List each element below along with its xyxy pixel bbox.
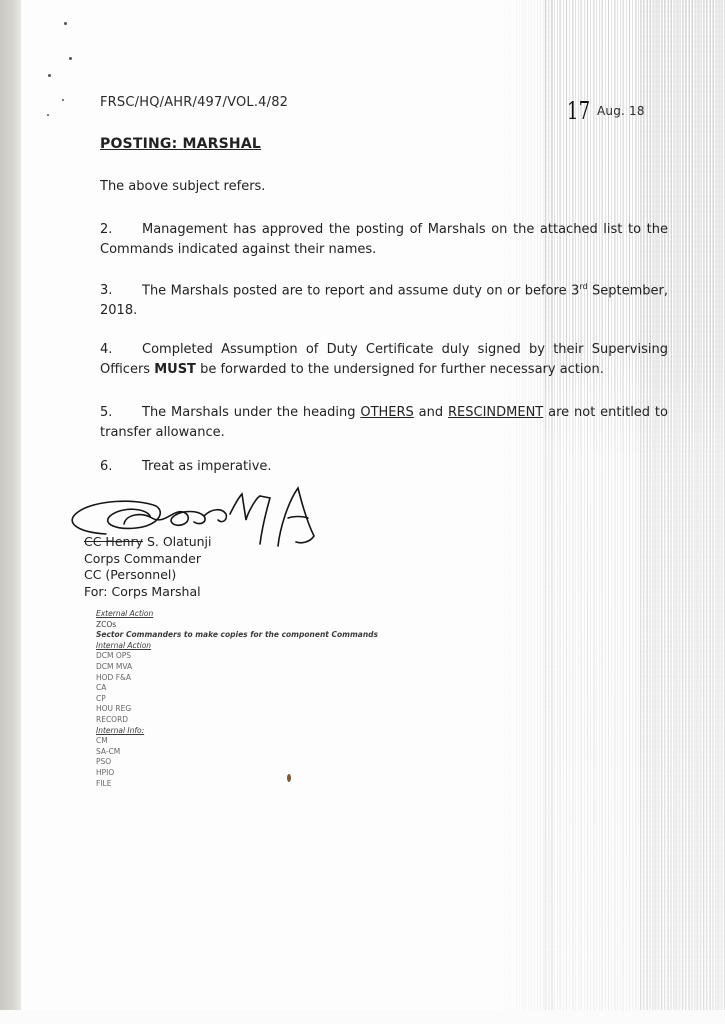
reference-number: FRSC/HQ/AHR/497/VOL.4/82 xyxy=(100,95,288,110)
handwritten-date-day: 17 xyxy=(567,97,590,125)
paragraph-1: The above subject refers. xyxy=(100,177,668,197)
struck-prefix: CC Henry xyxy=(84,534,143,549)
distribution-item: HPIO xyxy=(96,768,378,779)
distribution-item: SA-CM xyxy=(96,747,378,758)
paragraph-text-continued: be forwarded to the undersigned for furt… xyxy=(196,362,604,377)
distribution-item: RECORD xyxy=(96,715,378,726)
signatory-block: CC Henry S. Olatunji Corps Commander CC … xyxy=(84,534,212,600)
paragraph-text-middle: and xyxy=(414,405,448,420)
distribution-item: HOU REG xyxy=(96,704,378,715)
paragraph-number: 2. xyxy=(100,220,142,240)
heading-rescindment: RESCINDMENT xyxy=(448,405,543,420)
external-action-note: Sector Commanders to make copies for the… xyxy=(96,630,378,641)
paragraph-3: 3.The Marshals posted are to report and … xyxy=(100,277,668,321)
paragraph-4: 4.Completed Assumption of Duty Certifica… xyxy=(100,340,668,380)
distribution-item: ZCOs xyxy=(96,620,378,631)
paragraph-number: 3. xyxy=(100,281,142,301)
paragraph-text: Management has approved the posting of M… xyxy=(100,222,668,257)
paragraph-text: The above subject refers. xyxy=(100,179,265,194)
distribution-item: CM xyxy=(96,736,378,747)
distribution-item: HOD F&A xyxy=(96,673,378,684)
signatory-role: CC (Personnel) xyxy=(84,567,212,584)
distribution-item: PSO xyxy=(96,757,378,768)
distribution-list: External Action ZCOs Sector Commanders t… xyxy=(96,609,378,789)
internal-info-header: Internal Info: xyxy=(96,726,378,737)
scan-bottom-margin xyxy=(0,1010,725,1024)
distribution-item: CA xyxy=(96,683,378,694)
external-action-header: External Action xyxy=(96,609,378,620)
heading-others: OTHERS xyxy=(360,405,413,420)
paragraph-number: 6. xyxy=(100,457,142,477)
signatory-name: CC Henry S. Olatunji xyxy=(84,534,212,551)
emphasis-must: MUST xyxy=(154,362,196,377)
ordinal-suffix: rd xyxy=(579,282,587,291)
letter-subject-title: POSTING: MARSHAL xyxy=(100,136,261,152)
date-text: Aug. 18 xyxy=(597,104,645,118)
distribution-item: DCM OPS xyxy=(96,651,378,662)
distribution-item: DCM MVA xyxy=(96,662,378,673)
distribution-item: FILE xyxy=(96,779,378,790)
paragraph-2: 2.Management has approved the posting of… xyxy=(100,220,668,260)
signatory-for: For: Corps Marshal xyxy=(84,584,212,601)
letter-document: FRSC/HQ/AHR/497/VOL.4/82 17 Aug. 18 POST… xyxy=(0,0,725,1010)
scan-stain xyxy=(287,774,291,782)
signatory-title: Corps Commander xyxy=(84,551,212,568)
distribution-item: CP xyxy=(96,694,378,705)
paragraph-number: 4. xyxy=(100,340,142,360)
paragraph-5: 5.The Marshals under the heading OTHERS … xyxy=(100,403,668,443)
internal-action-header: Internal Action xyxy=(96,641,378,652)
paragraph-text: The Marshals under the heading xyxy=(142,405,360,420)
paragraph-number: 5. xyxy=(100,403,142,423)
paragraph-6: 6.Treat as imperative. xyxy=(100,457,668,477)
paragraph-text: Treat as imperative. xyxy=(142,459,272,474)
paragraph-text: The Marshals posted are to report and as… xyxy=(142,283,579,298)
